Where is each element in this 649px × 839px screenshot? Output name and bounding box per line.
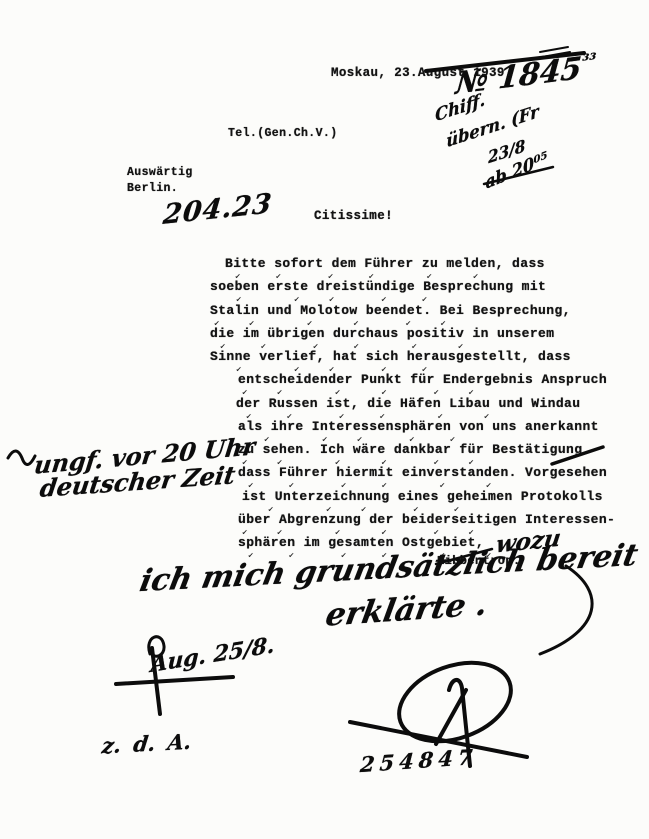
registrar-paraph	[350, 648, 527, 766]
insertion-caret-stroke	[552, 447, 603, 464]
ink-strokes-overlay	[0, 0, 649, 839]
filing-cross-mark	[116, 637, 233, 714]
serial-underline-stroke	[426, 47, 584, 71]
margin-squiggle-mark	[8, 451, 35, 465]
closing-flourish-stroke	[540, 566, 592, 654]
receipt-time-underline-stroke	[484, 167, 553, 184]
insertion-connector-stroke	[436, 549, 492, 564]
